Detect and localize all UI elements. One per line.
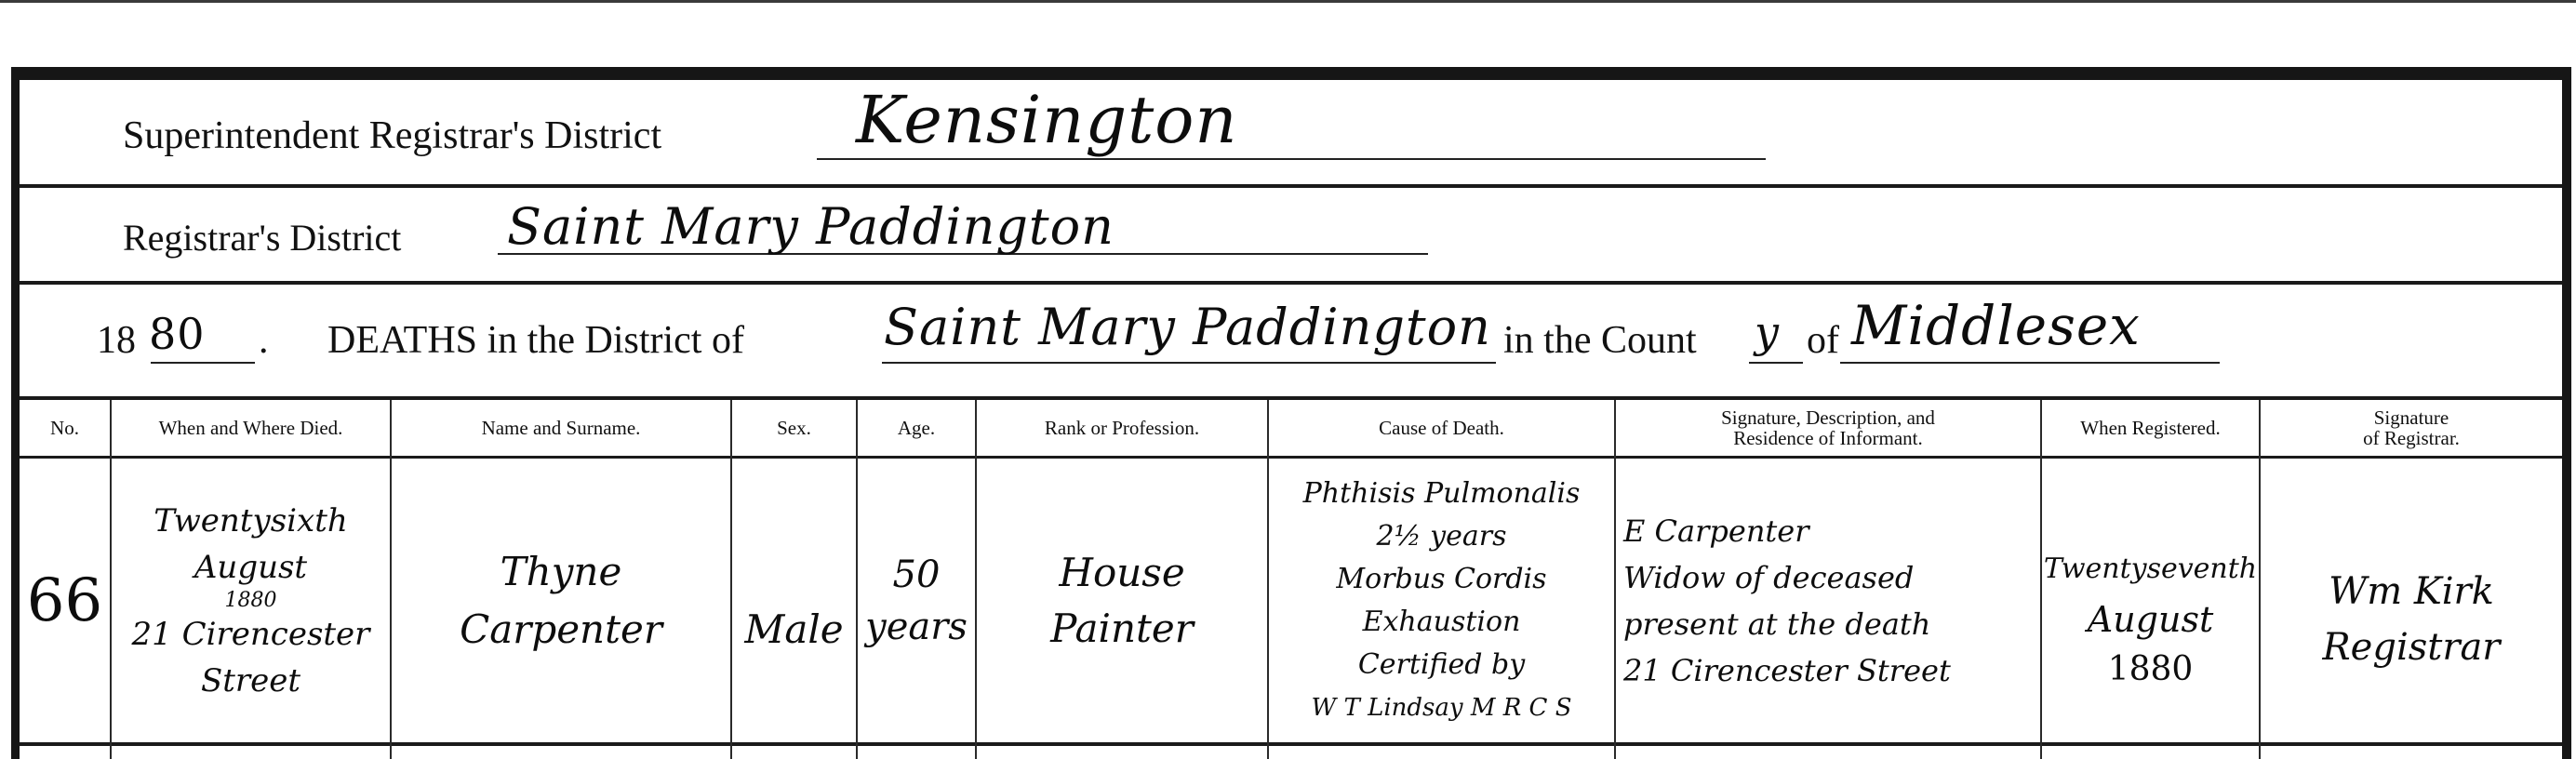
deceased-forename: Thyne <box>501 543 622 601</box>
column-header-registrar-line2: of Registrar. <box>2363 428 2460 448</box>
entry-rank-profession: House Painter <box>977 461 1267 740</box>
superintendent-district-underline <box>817 158 1766 160</box>
register-frame-left <box>11 67 20 759</box>
year-period: . <box>259 318 269 363</box>
entry-when-where-died: Twentysixth August 1880 21 Cirencester S… <box>112 461 390 740</box>
death-date-month: August <box>194 544 307 591</box>
column-header-no: No. <box>20 400 110 456</box>
column-header-informant-line1: Signature, Description, and <box>1721 407 1935 428</box>
rule-below-column-headers <box>20 456 2562 459</box>
register-frame-right <box>2562 67 2571 759</box>
registered-month: August <box>2088 594 2214 645</box>
year-prefix: 18 <box>97 318 136 363</box>
deceased-sex: Male <box>744 606 843 652</box>
cause-line5: Certified by <box>1358 644 1525 686</box>
entry-registrar-signature: Wm Kirk Registrar <box>2261 461 2562 740</box>
cause-line6: W T Lindsay M R C S <box>1311 686 1571 729</box>
superintendent-district-value: Kensington <box>856 82 1237 158</box>
rule-below-superintendent <box>20 184 2562 188</box>
profession-line1: House <box>1059 545 1184 601</box>
entry-name-surname: Thyne Carpenter <box>392 461 730 740</box>
rule-below-registrar <box>20 281 2562 285</box>
register-frame-top <box>11 67 2571 80</box>
county-suffix-underline <box>1749 362 1803 364</box>
cause-line1: Phthisis Pulmonalis <box>1303 473 1581 515</box>
entry-sex: Male <box>732 461 856 740</box>
deaths-district-underline <box>882 362 1496 364</box>
rule-below-entry <box>20 742 2562 746</box>
death-date-year: 1880 <box>225 591 277 611</box>
superintendent-district-label: Superintendent Registrar's District <box>123 113 661 158</box>
informant-presence: present at the death <box>1623 601 1930 647</box>
death-date-day: Twentysixth <box>153 498 348 544</box>
registered-day: Twentyseventh <box>2044 544 2257 594</box>
year-underline <box>151 362 255 364</box>
column-header-name-surname: Name and Surname. <box>392 400 730 456</box>
column-header-age: Age. <box>858 400 975 456</box>
column-header-rank-profession: Rank or Profession. <box>977 400 1267 456</box>
column-header-sex: Sex. <box>732 400 856 456</box>
column-header-registrar-line1: Signature <box>2374 407 2449 428</box>
registered-year: 1880 <box>2108 645 2194 695</box>
cause-line2: 2½ years <box>1376 515 1506 558</box>
year-suffix: 80 <box>149 309 206 359</box>
deceased-surname: Carpenter <box>460 601 662 659</box>
death-place-line2: Street <box>201 658 300 704</box>
entry-number: 66 <box>20 461 110 740</box>
column-header-informant-line2: Residence of Informant. <box>1733 428 1923 448</box>
county-underline <box>1840 362 2220 364</box>
entry-number-value: 66 <box>27 566 102 635</box>
county-of-label: of <box>1807 318 1839 363</box>
column-header-when-where-died: When and Where Died. <box>112 400 390 456</box>
registrar-title: Registrar <box>2323 619 2501 675</box>
registrar-district-value: Saint Mary Paddington <box>507 197 1114 256</box>
death-place-line1: 21 Cirencester <box>132 611 370 658</box>
county-value: Middlesex <box>1851 294 2141 357</box>
cause-line4: Exhaustion <box>1363 601 1521 644</box>
registrar-name: Wm Kirk <box>2329 564 2494 619</box>
column-header-registrar-signature: Signature of Registrar. <box>2261 400 2562 456</box>
county-suffix: y <box>1755 307 1780 357</box>
deaths-district-value: Saint Mary Paddington <box>884 298 1491 356</box>
age-unit: years <box>865 601 968 653</box>
entry-cause-of-death: Phthisis Pulmonalis 2½ years Morbus Cord… <box>1269 461 1614 740</box>
informant-signature: E Carpenter <box>1623 508 1809 554</box>
column-header-informant: Signature, Description, and Residence of… <box>1616 400 2040 456</box>
column-header-cause-of-death: Cause of Death. <box>1269 400 1614 456</box>
entry-age: 50 years <box>858 461 975 740</box>
deaths-district-label: DEATHS in the District of <box>327 318 744 363</box>
county-label: in the Count <box>1503 318 1697 363</box>
informant-residence: 21 Cirencester Street <box>1623 647 1951 694</box>
image-top-edge <box>0 0 2576 3</box>
entry-when-registered: Twentyseventh August 1880 <box>2042 461 2259 740</box>
entry-informant: E Carpenter Widow of deceased present at… <box>1616 461 2040 740</box>
cause-line3: Morbus Cordis <box>1336 558 1546 601</box>
column-header-when-registered: When Registered. <box>2042 400 2259 456</box>
registrar-district-label: Registrar's District <box>123 216 401 260</box>
age-number: 50 <box>893 549 941 601</box>
profession-line2: Painter <box>1050 601 1194 657</box>
informant-description: Widow of deceased <box>1623 554 1914 601</box>
